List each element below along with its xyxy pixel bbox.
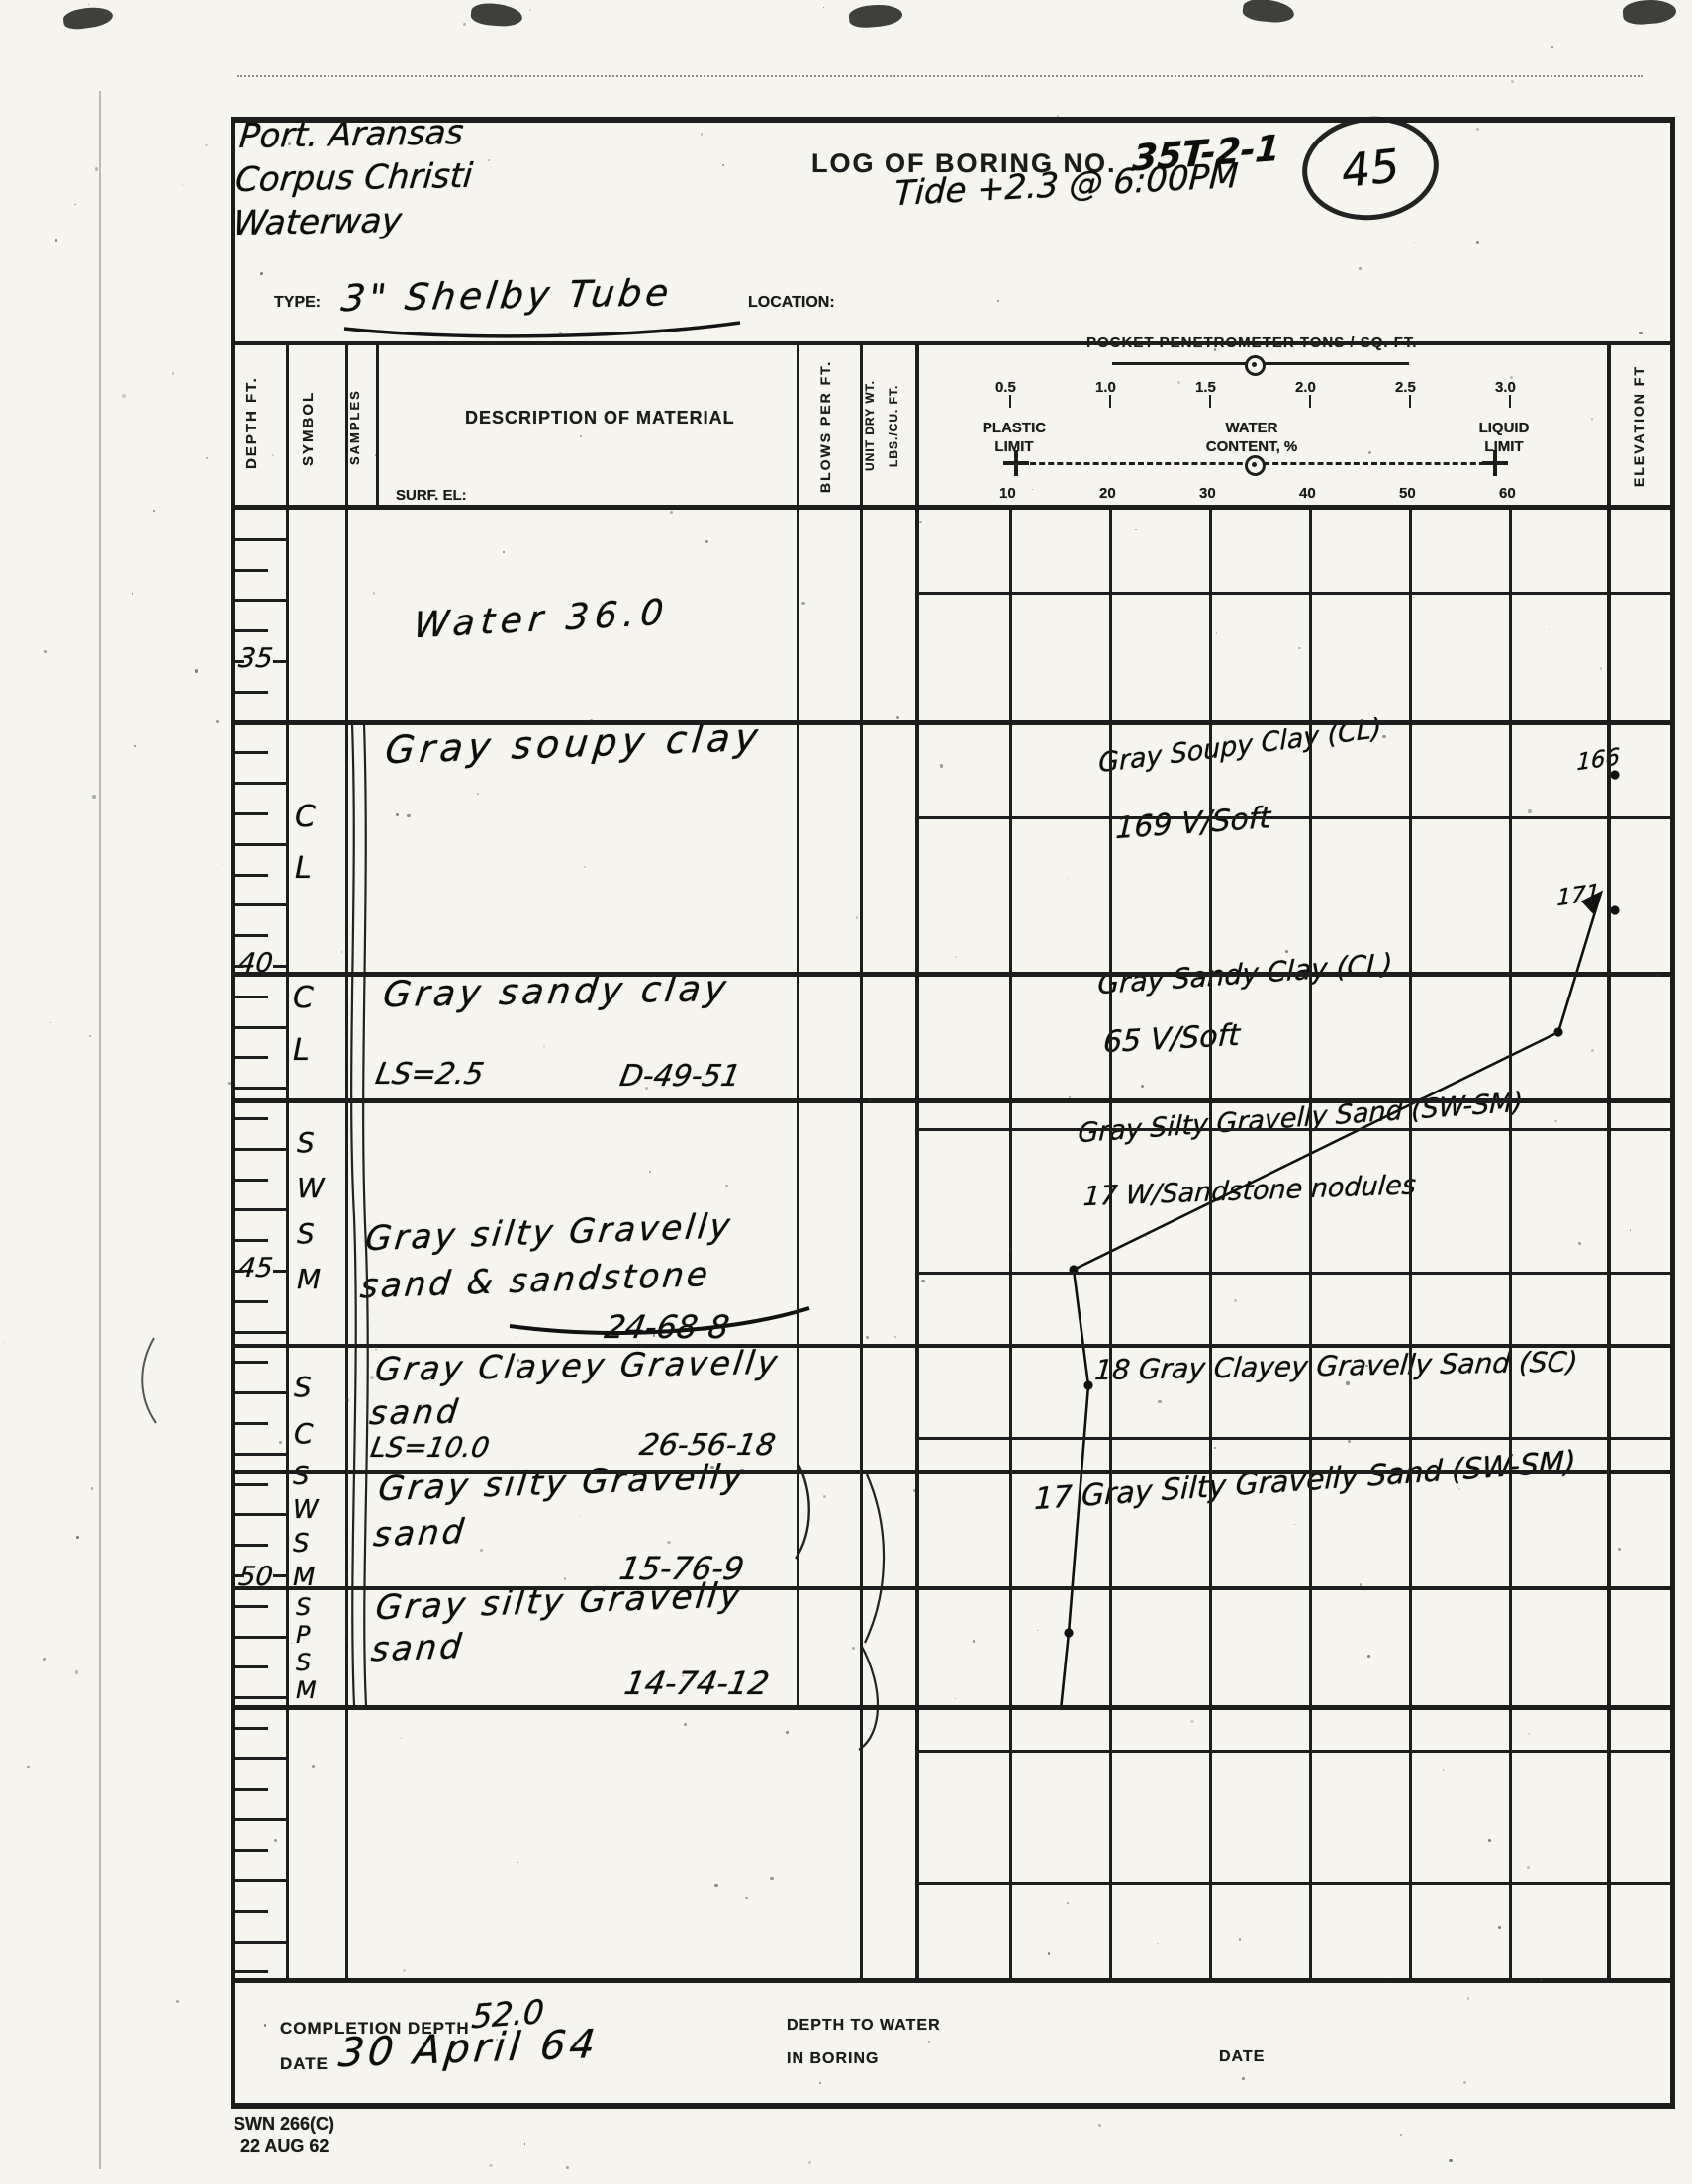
rule-line [231, 1470, 1674, 1474]
sample-recovery-line-1 [351, 724, 356, 1705]
type-value: 3" Shelby Tube [339, 271, 675, 320]
chart-note-silty1-2: 17 W/Sandstone nodules [1082, 1170, 1417, 1212]
scan-speck [274, 1839, 277, 1842]
chart-note-silty1-1: Gray Silty Gravelly Sand (SW-SM) [1078, 1088, 1524, 1150]
plot-point [1064, 1628, 1073, 1637]
depth-tick [231, 965, 244, 968]
type-label: TYPE: [274, 294, 321, 312]
column-line [860, 341, 863, 1978]
plot-point [1610, 770, 1619, 779]
column-line [1670, 117, 1675, 2109]
scan-speck [1135, 529, 1137, 531]
scan-speck [1177, 381, 1180, 384]
pen-scale-1: 1.0 [1095, 379, 1116, 396]
depth-tick [231, 1941, 286, 1944]
scan-speck [1359, 267, 1362, 270]
scan-speck [1057, 115, 1059, 117]
scan-speck [228, 1082, 231, 1085]
wc-tick-10: 10 [999, 485, 1016, 502]
scan-speck [27, 1766, 30, 1769]
scan-speck [1528, 1733, 1530, 1735]
project-line-2: Corpus Christi [234, 156, 474, 200]
chart-grid-line [915, 1272, 1674, 1275]
depth-tick [231, 1788, 268, 1791]
scan-speck [1239, 1938, 1242, 1941]
column-line [376, 341, 379, 505]
scale-tick [1409, 395, 1411, 408]
scan-speck [566, 2166, 569, 2169]
scan-speck [1414, 242, 1415, 243]
layer-blows-1: D-49-51 [617, 1059, 743, 1093]
type-underline [344, 323, 740, 336]
scan-speck [1591, 418, 1594, 421]
scale-tick [1509, 395, 1511, 408]
unit-weight-171: 171 [1556, 880, 1600, 911]
rule-line [231, 972, 1674, 977]
col-header-blows: BLOWS PER FT. [817, 354, 833, 498]
scan-speck [1528, 809, 1531, 812]
scan-speck [95, 167, 98, 170]
water-content-plot [1061, 770, 1620, 1710]
depth-tick [231, 874, 268, 877]
scan-speck [869, 1098, 872, 1101]
scan-speck [955, 956, 958, 959]
surf-el-label: SURF. EL: [396, 487, 467, 504]
water-content-label: WATER CONTENT, % [1173, 419, 1331, 456]
depth-tick [231, 1026, 286, 1029]
scan-speck [55, 239, 57, 241]
rule-line [231, 1978, 1674, 1983]
depth-tick [231, 1970, 268, 1973]
scan-speck [590, 719, 593, 722]
column-line [286, 341, 289, 1978]
layer-note-1: LS=2.5 [373, 1057, 487, 1092]
scan-speck [819, 2082, 821, 2084]
chart-grid-line [915, 592, 1674, 595]
chart-grid-line [915, 1750, 1674, 1753]
scan-speck [1449, 2159, 1452, 2162]
scan-speck [1656, 974, 1658, 976]
scan-speck [205, 144, 207, 146]
col-header-unit-dry-wt-1: UNIT DRY WT. [863, 354, 877, 498]
scan-speck [1463, 2081, 1466, 2084]
scan-speck [852, 1647, 854, 1649]
scan-speck [896, 716, 899, 719]
scan-speck [543, 1046, 544, 1047]
scan-speck [195, 669, 198, 672]
scan-speck [517, 1359, 519, 1362]
chart-grid-line [915, 1128, 1674, 1131]
depth-tick [231, 1696, 286, 1699]
scan-speck [1141, 1085, 1144, 1088]
scan-speck [894, 1336, 896, 1338]
depth-tick [231, 1513, 286, 1516]
scan-speck [921, 1280, 924, 1282]
column-line [1607, 341, 1611, 1978]
chart-grid-line [1209, 505, 1212, 1978]
layer-note-3: LS=10.0 [368, 1431, 492, 1464]
scan-speck [176, 2000, 179, 2003]
scan-smudge [470, 2, 523, 28]
scan-speck [477, 793, 479, 795]
depth-tick [231, 691, 268, 694]
wc-tick-30: 30 [1199, 485, 1216, 502]
scan-speck [997, 300, 999, 302]
scan-speck [396, 813, 399, 816]
rule-line [231, 1344, 1674, 1348]
scan-speck [1365, 1365, 1368, 1368]
scan-speck [524, 2143, 526, 2145]
layer-blows-2: 24-68-8 [602, 1308, 732, 1346]
scan-speck [529, 9, 531, 11]
col-header-depth: DEPTH FT. [243, 356, 260, 490]
chart-grid-line [1009, 505, 1012, 1978]
depth-tick [231, 996, 268, 998]
column-line [797, 341, 799, 1705]
scan-speck [1630, 1229, 1631, 1230]
scan-speck [455, 1493, 458, 1496]
scan-smudge [1242, 0, 1295, 25]
scan-speck [1400, 2134, 1402, 2136]
scan-speck [1144, 1233, 1147, 1236]
scan-speck [260, 272, 263, 275]
rule-line [231, 341, 1674, 345]
unit-weight-166: 166 [1576, 744, 1620, 776]
rule-line [231, 1586, 1674, 1590]
scan-speck [645, 1087, 647, 1089]
depth-tick [231, 1574, 244, 1577]
scan-speck [1578, 1242, 1581, 1245]
scan-speck [1639, 332, 1642, 334]
scan-speck [856, 916, 858, 918]
chart-grid-line [1409, 505, 1412, 1978]
depth-tick [231, 843, 286, 846]
scan-speck [1443, 1769, 1445, 1771]
depth-to-water-label-1: DEPTH TO WATER [787, 2017, 941, 2035]
column-line [345, 341, 348, 1978]
col-header-symbol: SYMBOL [300, 374, 317, 483]
scan-speck [1388, 1982, 1389, 1983]
scan-speck [1216, 632, 1218, 634]
scan-speck [272, 454, 274, 456]
depth-tick [231, 1239, 268, 1242]
scan-speck [705, 540, 708, 543]
scan-speck [1413, 597, 1414, 598]
chart-grid-line [915, 1437, 1674, 1440]
scan-speck [222, 864, 223, 865]
depth-tick [231, 1727, 268, 1730]
depth-tick [231, 1605, 268, 1608]
scan-speck [1458, 1488, 1460, 1490]
depth-label-45: 45 [237, 1253, 275, 1283]
scan-speck [701, 133, 703, 135]
scan-speck [1600, 667, 1603, 670]
chart-grid-line [1109, 505, 1112, 1978]
col-header-description: DESCRIPTION OF MATERIAL [465, 408, 735, 428]
scan-speck [515, 1337, 516, 1338]
scan-speck [74, 204, 75, 205]
scan-speck [940, 764, 943, 767]
depth-tick [231, 1544, 268, 1547]
scan-speck [1234, 1299, 1237, 1302]
depth-tick [231, 721, 286, 724]
depth-tick [231, 1879, 286, 1882]
depth-tick [231, 934, 268, 937]
scan-speck [955, 1698, 956, 1699]
depth-tick [231, 599, 286, 602]
scan-speck [88, 4, 89, 5]
depth-tick [231, 538, 286, 541]
scan-speck [390, 426, 391, 427]
scan-speck [1476, 241, 1479, 244]
pen-scale-5: 3.0 [1495, 379, 1516, 396]
scan-speck [403, 1969, 406, 1972]
scan-speck [375, 1349, 377, 1351]
scan-speck [1009, 1248, 1011, 1250]
scan-speck [288, 142, 291, 145]
scan-speck [913, 1489, 916, 1492]
depth-tick [231, 1087, 286, 1090]
brace-mark-unit-1 [865, 1474, 884, 1643]
sheet-number-circle: 45 [1297, 110, 1444, 227]
chart-note-clayey: 18 Gray Clayey Gravelly Sand (SC) [1093, 1345, 1579, 1386]
scan-speck [1298, 647, 1301, 650]
scan-speck [132, 593, 133, 594]
scan-speck [1348, 1440, 1352, 1444]
scan-speck [206, 457, 208, 459]
scan-speck [407, 814, 410, 817]
scan-speck [1285, 950, 1288, 953]
scan-speck [373, 592, 376, 595]
scan-speck [1527, 1866, 1530, 1869]
project-line-3: Waterway [232, 201, 403, 243]
scan-speck [823, 1495, 826, 1498]
scan-speck [919, 521, 922, 523]
layer-symbol-3: S C [294, 1364, 314, 1457]
water-content-target-icon [1245, 455, 1266, 476]
scan-speck [667, 1541, 670, 1544]
plot-overlay [0, 0, 1692, 2184]
depth-tick [231, 569, 268, 572]
scale-tick [1009, 395, 1011, 408]
scan-speck [786, 1731, 789, 1734]
depth-tick [231, 1300, 268, 1303]
scan-speck [517, 1862, 518, 1863]
layer-symbol-4: S W S M [293, 1460, 319, 1594]
scan-speck [1067, 1902, 1069, 1904]
depth-tick [231, 812, 268, 815]
depth-tick [231, 751, 268, 754]
depth-tick [231, 1636, 286, 1639]
depth-tick [231, 1208, 286, 1211]
sheet-number: 45 [1339, 139, 1402, 198]
scan-speck [1511, 80, 1514, 83]
depth-tick [231, 1453, 286, 1456]
scan-speck [50, 1022, 52, 1024]
scan-speck [1032, 489, 1033, 490]
scan-speck [92, 795, 95, 798]
scan-speck [370, 1376, 374, 1379]
scan-speck [312, 1765, 315, 1768]
depth-tick [231, 1117, 268, 1120]
boring-log-scan: Port. Aransas Corpus Christi Waterway LO… [0, 0, 1692, 2184]
depth-tick [231, 1483, 268, 1486]
scan-smudge [1622, 0, 1677, 26]
rule-line [231, 720, 1674, 725]
plot-point [1610, 905, 1619, 914]
plot-point [1083, 1380, 1092, 1389]
depth-to-water-label-2: IN BORING [787, 2050, 879, 2068]
scan-speck [1554, 1120, 1557, 1123]
scan-speck [134, 745, 136, 747]
rule-line [231, 505, 1674, 510]
column-line [231, 117, 235, 2109]
scan-speck [91, 1487, 94, 1490]
scan-speck [489, 2164, 493, 2168]
scan-speck [264, 2024, 267, 2027]
col-header-elevation: ELEVATION FT [1631, 354, 1646, 498]
layer-blows-5: 14-74-12 [621, 1664, 772, 1702]
scale-tick [1109, 395, 1111, 408]
depth-tick [231, 903, 286, 906]
scan-edge-line [99, 91, 101, 2169]
scan-speck [670, 511, 673, 514]
scan-speck [1190, 1720, 1193, 1723]
depth-tick [231, 1148, 286, 1151]
plastic-limit-marker-icon [1003, 450, 1029, 476]
depth-tick [231, 1361, 268, 1364]
pen-scale-2: 1.5 [1195, 379, 1216, 396]
scan-speck [89, 1035, 90, 1036]
penetrometer-target-icon [1245, 355, 1266, 376]
scan-speck [1476, 128, 1479, 131]
col-header-unit-dry-wt-2: LBS./CU. FT. [887, 354, 900, 498]
scan-speck [463, 23, 466, 26]
layer-desc-3: Gray Clayey Gravelly sand [367, 1341, 783, 1435]
scan-speck [1098, 2124, 1101, 2127]
depth-tick [231, 1757, 286, 1760]
chart-grid-line [1309, 505, 1312, 1978]
depth-tick [231, 1849, 268, 1852]
scan-speck [714, 1884, 717, 1887]
scan-speck [1214, 1447, 1216, 1449]
scan-speck [1618, 1548, 1621, 1551]
depth-tick [231, 1665, 268, 1668]
scan-speck [341, 951, 342, 952]
depth-tick [231, 782, 286, 785]
pen-scale-0: 0.5 [995, 379, 1016, 396]
chart-grid-line [915, 816, 1674, 819]
scan-speck [1048, 1952, 1050, 1954]
scan-speck [1294, 1524, 1295, 1525]
scan-speck [1488, 1839, 1491, 1842]
layer-symbol-2: S W S M [297, 1120, 325, 1302]
scan-speck [1591, 1049, 1594, 1052]
scan-speck [401, 1737, 403, 1739]
scan-speck [182, 184, 183, 185]
depth-tick [231, 1422, 268, 1425]
scan-speck [75, 1670, 78, 1673]
depth-label-35: 35 [237, 643, 275, 674]
depth-tick [273, 660, 286, 663]
form-number-line-1: SWN 266(C) [234, 2114, 334, 2135]
chart-note-sandy-2: 65 V/Soft [1102, 1018, 1241, 1060]
scan-speck [1158, 1400, 1161, 1403]
scan-speck [216, 720, 219, 723]
scan-speck [1067, 878, 1068, 879]
scan-smudge [62, 5, 114, 32]
scan-speck [1242, 2077, 1245, 2080]
scan-speck [823, 7, 824, 8]
col-header-samples: SAMPLES [347, 368, 362, 487]
scan-speck [1037, 1630, 1038, 1631]
scan-speck [1157, 1943, 1158, 1944]
scan-speck [407, 972, 409, 974]
depth-tick [231, 1331, 286, 1334]
scan-speck [770, 1877, 773, 1880]
depth-tick [273, 1270, 286, 1273]
form-number-line-2: 22 AUG 62 [240, 2137, 329, 2157]
scan-speck [291, 1643, 292, 1644]
depth-tick [231, 1391, 286, 1394]
scan-speck [1368, 451, 1371, 454]
scan-speck [279, 1441, 281, 1443]
wc-tick-20: 20 [1099, 485, 1116, 502]
chart-grid-line [1509, 505, 1512, 1978]
scan-speck [801, 602, 805, 606]
wc-tick-40: 40 [1299, 485, 1316, 502]
scan-speck [3, 1342, 4, 1343]
location-label: LOCATION: [748, 294, 835, 312]
water-note: Water 36.0 [412, 592, 671, 646]
completion-date-label: DATE [280, 2054, 329, 2074]
layer-symbol-5: S P S M [296, 1593, 317, 1704]
scan-speck [685, 334, 686, 335]
depth-tick [231, 1818, 286, 1821]
scan-speck [76, 1536, 79, 1539]
chart-grid-line [915, 1882, 1674, 1885]
pen-scale-4: 2.5 [1395, 379, 1416, 396]
chart-note-silty2: 17 Gray Silty Gravelly Sand (SW-SM) [1034, 1445, 1576, 1517]
layer-symbol-1: C L [293, 972, 314, 1077]
scan-speck [43, 1658, 46, 1661]
layer-symbol-0: C L [295, 792, 316, 895]
chart-note-soupy-2: 169 V/Soft [1115, 801, 1271, 846]
scale-tick [1209, 395, 1211, 408]
pen-scale-3: 2.0 [1295, 379, 1316, 396]
depth-tick [273, 965, 286, 968]
scan-speck [866, 1336, 869, 1339]
scan-speck [1069, 1096, 1071, 1098]
liquid-limit-marker-icon [1482, 450, 1508, 476]
scan-speck [649, 1171, 651, 1173]
scan-speck [1367, 1655, 1370, 1658]
scan-speck [1549, 629, 1550, 630]
scan-speck [928, 2041, 931, 2043]
rule-line [231, 1098, 1674, 1103]
scan-speck [559, 332, 562, 334]
scan-speck [480, 1549, 483, 1552]
depth-tick [231, 660, 244, 663]
scan-speck [488, 159, 490, 161]
scan-speck [503, 551, 505, 553]
scan-speck [1467, 1997, 1470, 2000]
rule-line [231, 2103, 1674, 2109]
scan-speck [745, 1897, 747, 1899]
footer-date-label: DATE [1219, 2048, 1265, 2066]
plot-point [1553, 1027, 1562, 1036]
scan-speck [808, 2161, 810, 2163]
